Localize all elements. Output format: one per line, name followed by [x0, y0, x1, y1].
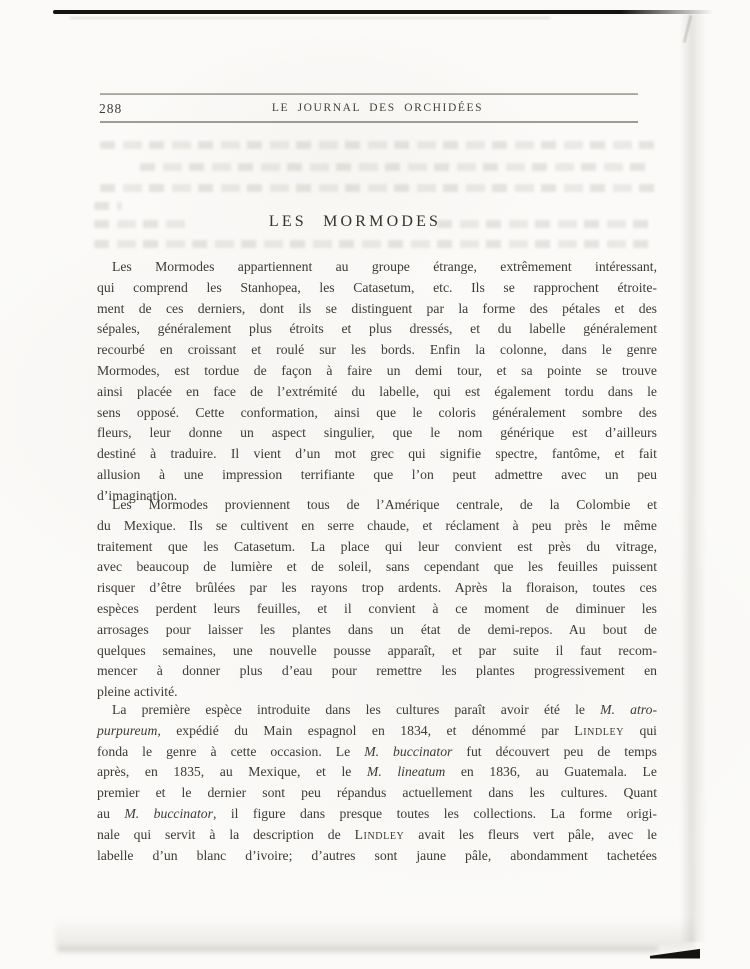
text-line: Mormodes, est tordue de façon à faire un…: [97, 361, 657, 382]
text-segment: sépales, généralement plus étroits et pl…: [97, 321, 657, 336]
person-name: Lindley: [574, 723, 624, 738]
text-line: nale qui servit à la description de Lind…: [97, 825, 657, 846]
scan-bottom-streak: [58, 946, 658, 952]
text-segment: ainsi placée en face de l’extrémité du l…: [97, 384, 657, 399]
text-line: ment de ces derniers, dont ils se distin…: [97, 299, 657, 320]
text-segment: mencer à donner plus d’eau pour remettre…: [97, 663, 657, 678]
scan-top-edge-line: [53, 10, 713, 14]
article-heading: LES MORMODES: [0, 213, 710, 231]
text-segment: quelques semaines, une nouvelle pousse a…: [97, 643, 657, 658]
species-name: M. buccinator: [364, 744, 452, 759]
text-segment: La première espèce introduite dans les c…: [112, 702, 600, 717]
species-name: purpureum,: [97, 723, 161, 738]
text-segment: premier et le dernier sont peu répandus …: [97, 785, 657, 800]
text-segment: qui: [624, 723, 657, 738]
text-segment: fut découvert peu de temps: [452, 744, 657, 759]
text-segment: pleine activité.: [97, 684, 178, 699]
text-segment: espèces perdent leurs feuilles, et il co…: [97, 601, 657, 616]
text-line: fonda le genre à cette occasion. Le M. b…: [97, 742, 657, 763]
text-segment: arrosages pour laisser les plantes dans …: [97, 622, 657, 637]
text-line: La première espèce introduite dans les c…: [97, 700, 657, 721]
text-line: arrosages pour laisser les plantes dans …: [97, 620, 657, 641]
person-name: Lindley: [355, 827, 405, 842]
text-line: au M. buccinator, il figure dans presque…: [97, 804, 657, 825]
text-segment: sens opposé. Cette conformation, ainsi q…: [97, 405, 657, 420]
paragraph-1: Les Mormodes appartiennent au groupe étr…: [97, 257, 657, 507]
text-line: fleurs, leur donne un aspect singulier, …: [97, 423, 657, 444]
species-name: M. lineatum: [367, 764, 445, 779]
text-line: allusion à une impression terrifiante qu…: [97, 465, 657, 486]
text-segment: expédié du Main espagnol en 1834, et dén…: [161, 723, 575, 738]
text-line: recourbé en croissant et roulé sur les b…: [97, 340, 657, 361]
text-segment: ment de ces derniers, dont ils se distin…: [97, 301, 657, 316]
text-line: sépales, généralement plus étroits et pl…: [97, 319, 657, 340]
journal-title: LE JOURNAL DES ORCHIDÉES: [100, 102, 655, 114]
scanned-book-page: 288 LE JOURNAL DES ORCHIDÉES LES MORMODE…: [0, 0, 750, 969]
text-segment: labelle d’un blanc d’ivoire; d’autres so…: [97, 848, 657, 863]
text-segment: , il figure dans presque toutes les coll…: [213, 806, 657, 821]
paragraph-2: Les Mormodes proviennent tous de l’Améri…: [97, 495, 657, 703]
text-line: Les Mormodes appartiennent au groupe étr…: [97, 257, 657, 278]
text-line: premier et le dernier sont peu répandus …: [97, 783, 657, 804]
text-segment: destiné à traduire. Il vient d’un mot gr…: [97, 446, 657, 461]
text-line: du Mexique. Ils se cultivent en serre ch…: [97, 516, 657, 537]
bleed-through-line: [94, 202, 122, 210]
bleed-through-line: [140, 163, 648, 171]
text-line: risquer d’être brûlées par les rayons tr…: [97, 578, 657, 599]
text-segment: fleurs, leur donne un aspect singulier, …: [97, 425, 657, 440]
text-line: quelques semaines, une nouvelle pousse a…: [97, 641, 657, 662]
text-segment: après, en 1835, au Mexique, et le: [97, 764, 367, 779]
bleed-through-line: [94, 240, 655, 248]
species-name: M. buccinator: [124, 806, 213, 821]
text-line: ainsi placée en face de l’extrémité du l…: [97, 382, 657, 403]
text-segment: Les Mormodes appartiennent au groupe étr…: [112, 259, 657, 274]
text-segment: traitement que les Catasetum. La place q…: [97, 539, 657, 554]
text-segment: Mormodes, est tordue de façon à faire un…: [97, 363, 657, 378]
text-line: qui comprend les Stanhopea, les Catasetu…: [97, 278, 657, 299]
text-line: purpureum, expédié du Main espagnol en 1…: [97, 721, 657, 742]
text-line: après, en 1835, au Mexique, et le M. lin…: [97, 762, 657, 783]
text-segment: fonda le genre à cette occasion. Le: [97, 744, 364, 759]
paragraph-3: La première espèce introduite dans les c…: [97, 700, 657, 866]
text-line: destiné à traduire. Il vient d’un mot gr…: [97, 444, 657, 465]
header-rule-bottom: [100, 121, 638, 123]
text-line: Les Mormodes proviennent tous de l’Améri…: [97, 495, 657, 516]
text-line: espèces perdent leurs feuilles, et il co…: [97, 599, 657, 620]
text-line: avec beaucoup de lumière et de soleil, s…: [97, 557, 657, 578]
text-line: labelle d’un blanc d’ivoire; d’autres so…: [97, 846, 657, 867]
header-rule-top: [100, 93, 638, 95]
text-line: traitement que les Catasetum. La place q…: [97, 537, 657, 558]
scan-top-edge-echo: [70, 17, 550, 19]
bleed-through-line: [100, 141, 655, 149]
text-segment: du Mexique. Ils se cultivent en serre ch…: [97, 518, 657, 533]
text-segment: risquer d’être brûlées par les rayons tr…: [97, 580, 657, 595]
page-right-edge-shadow: [680, 14, 706, 942]
text-line: sens opposé. Cette conformation, ainsi q…: [97, 403, 657, 424]
text-segment: nale qui servit à la description de: [97, 827, 355, 842]
text-segment: au: [97, 806, 124, 821]
species-name: M. atro-: [600, 702, 657, 717]
text-segment: avait les fleurs vert pâle, avec le: [404, 827, 657, 842]
text-segment: Les Mormodes proviennent tous de l’Améri…: [112, 497, 657, 512]
text-segment: recourbé en croissant et roulé sur les b…: [97, 342, 657, 357]
text-segment: avec beaucoup de lumière et de soleil, s…: [97, 559, 657, 574]
text-segment: qui comprend les Stanhopea, les Catasetu…: [97, 280, 657, 295]
text-line: mencer à donner plus d’eau pour remettre…: [97, 661, 657, 682]
bleed-through-line: [100, 184, 655, 192]
text-segment: allusion à une impression terrifiante qu…: [97, 467, 657, 482]
text-segment: en 1836, au Guatemala. Le: [445, 764, 657, 779]
